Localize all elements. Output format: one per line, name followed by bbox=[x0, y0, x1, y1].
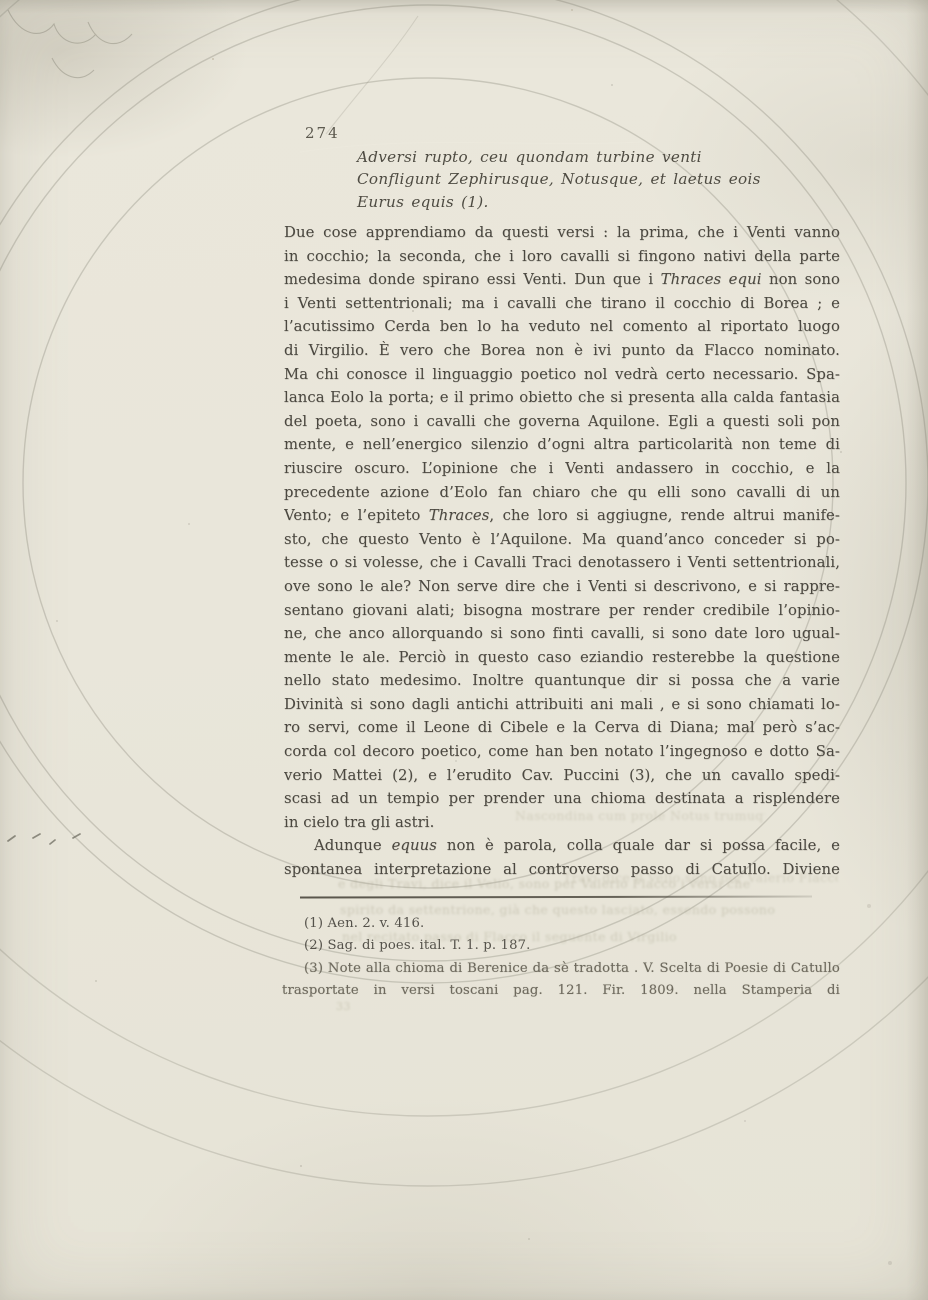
footnote-line: trasportate in versi toscani pag. 121. F… bbox=[282, 980, 840, 1002]
body-line: ove sono le ale? Non serve dire che i Ve… bbox=[284, 575, 840, 599]
text-run: del poeta, sono i cavalli che governa Aq… bbox=[284, 413, 840, 430]
verse-line: Confligunt Zephirusque, Notusque, et lae… bbox=[357, 168, 837, 190]
text-run: corda col decoro poetico, come han ben n… bbox=[284, 743, 840, 760]
verse-line: Adversi rupto, ceu quondam turbine venti bbox=[357, 146, 837, 168]
body-line: sto, che questo Vento è l’Aquilone. Ma q… bbox=[284, 528, 840, 552]
text-run: ne, che anco allorquando si sono finti c… bbox=[284, 625, 840, 642]
body-line: Due cose apprendiamo da questi versi : l… bbox=[284, 221, 840, 245]
text-run: lanca Eolo la porta; e il primo obietto … bbox=[284, 389, 840, 406]
text-run: spontanea interpretazione al controverso… bbox=[284, 861, 840, 878]
body-line: medesima donde spirano essi Venti. Dun q… bbox=[284, 268, 840, 292]
body-line: lanca Eolo la porta; e il primo obietto … bbox=[284, 386, 840, 410]
text-run: ove sono le ale? Non serve dire che i Ve… bbox=[284, 578, 840, 595]
text-run: i Venti settentrionali; ma i cavalli che… bbox=[284, 295, 840, 312]
text-run: riuscire oscuro. L’opinione che i Venti … bbox=[284, 460, 840, 477]
body-line: corda col decoro poetico, come han ben n… bbox=[284, 740, 840, 764]
text-run: Ma chi conosce il linguaggio poetico nol… bbox=[284, 366, 840, 383]
text-run: Vento; e l’epiteto bbox=[284, 507, 429, 524]
text-run: mente le ale. Perciò in questo caso ezia… bbox=[284, 649, 840, 666]
body-line: scasi ad un tempio per prender una chiom… bbox=[284, 787, 840, 811]
text-run: sentano giovani alati; bisogna mostrare … bbox=[284, 602, 840, 619]
text-run: mente, e nell’energico silenzio d’ogni a… bbox=[284, 436, 840, 453]
footnotes-block: (1) Aen. 2. v. 416.(2) Sag. di poes. ita… bbox=[282, 913, 840, 1002]
text-run: Adunque bbox=[314, 837, 392, 854]
text-run: sto, che questo Vento è l’Aquilone. Ma q… bbox=[284, 531, 840, 548]
body-line: ro servi, come il Leone di Cibele e la C… bbox=[284, 716, 840, 740]
text-run: non sono bbox=[762, 271, 840, 288]
body-line: spontanea interpretazione al controverso… bbox=[284, 858, 840, 882]
text-run: di Virgilio. È vero che Borea non è ivi … bbox=[284, 342, 840, 359]
text-run: ro servi, come il Leone di Cibele e la C… bbox=[284, 719, 840, 736]
body-text: Due cose apprendiamo da questi versi : l… bbox=[284, 221, 840, 882]
text-run: tesse o si volesse, che i Cavalli Traci … bbox=[284, 554, 840, 571]
text-run: precedente azione d’Eolo fan chiaro che … bbox=[284, 484, 840, 501]
text-run: l’acutissimo Cerda ben lo ha veduto nel … bbox=[284, 318, 840, 335]
body-line: l’acutissimo Cerda ben lo ha veduto nel … bbox=[284, 315, 840, 339]
page-number: 274 bbox=[305, 124, 340, 142]
body-line: ne, che anco allorquando si sono finti c… bbox=[284, 622, 840, 646]
footnote-line: (2) Sag. di poes. ital. T. 1. p. 187. bbox=[282, 935, 840, 957]
body-line: Ma chi conosce il linguaggio poetico nol… bbox=[284, 363, 840, 387]
body-line: di Virgilio. È vero che Borea non è ivi … bbox=[284, 339, 840, 363]
body-line: del poeta, sono i cavalli che governa Aq… bbox=[284, 410, 840, 434]
body-line: mente le ale. Perciò in questo caso ezia… bbox=[284, 646, 840, 670]
italic-text-run: Thraces bbox=[429, 507, 490, 524]
body-line: verio Mattei (2), e l’erudito Cav. Pucci… bbox=[284, 764, 840, 788]
body-line: in cocchio; la seconda, che i loro caval… bbox=[284, 245, 840, 269]
text-run: verio Mattei (2), e l’erudito Cav. Pucci… bbox=[284, 767, 840, 784]
italic-text-run: equus bbox=[392, 837, 437, 854]
text-run: Due cose apprendiamo da questi versi : l… bbox=[284, 224, 840, 241]
text-run: Divinità si sono dagli antichi attribuit… bbox=[284, 696, 840, 713]
body-line: Vento; e l’epiteto Thraces, che loro si … bbox=[284, 504, 840, 528]
body-line: Divinità si sono dagli antichi attribuit… bbox=[284, 693, 840, 717]
body-line: in cielo tra gli astri. bbox=[284, 811, 840, 835]
body-line: sentano giovani alati; bisogna mostrare … bbox=[284, 599, 840, 623]
verse-line: Eurus equis (1). bbox=[357, 191, 837, 213]
book-page-scan: 274 Adversi rupto, ceu quondam turbine v… bbox=[0, 0, 928, 1300]
body-line: riuscire oscuro. L’opinione che i Venti … bbox=[284, 457, 840, 481]
text-run: , che loro si aggiugne, rende altrui man… bbox=[489, 507, 840, 524]
body-line: precedente azione d’Eolo fan chiaro che … bbox=[284, 481, 840, 505]
text-run: in cielo tra gli astri. bbox=[284, 814, 434, 831]
margin-ink-ticks bbox=[8, 834, 80, 844]
footnote-line: (1) Aen. 2. v. 416. bbox=[282, 913, 840, 935]
footnote-line: (3) Note alla chioma di Berenice da sè t… bbox=[282, 958, 840, 980]
latin-verse-quote: Adversi rupto, ceu quondam turbine venti… bbox=[357, 146, 837, 213]
body-line: i Venti settentrionali; ma i cavalli che… bbox=[284, 292, 840, 316]
text-run: nello stato medesimo. Inoltre quantunque… bbox=[284, 672, 840, 689]
italic-text-run: Thraces equi bbox=[661, 271, 762, 288]
footnote-separator-rule bbox=[300, 895, 812, 898]
paper-specks bbox=[0, 0, 2, 2]
body-line: mente, e nell’energico silenzio d’ogni a… bbox=[284, 433, 840, 457]
text-run: scasi ad un tempio per prender una chiom… bbox=[284, 790, 840, 807]
body-line: nello stato medesimo. Inoltre quantunque… bbox=[284, 669, 840, 693]
body-line: Adunque equus non è parola, colla quale … bbox=[284, 834, 840, 858]
text-run: medesima donde spirano essi Venti. Dun q… bbox=[284, 271, 661, 288]
text-run: in cocchio; la seconda, che i loro caval… bbox=[284, 248, 840, 265]
text-run: non è parola, colla quale dar si possa f… bbox=[437, 837, 840, 854]
body-line: tesse o si volesse, che i Cavalli Traci … bbox=[284, 551, 840, 575]
